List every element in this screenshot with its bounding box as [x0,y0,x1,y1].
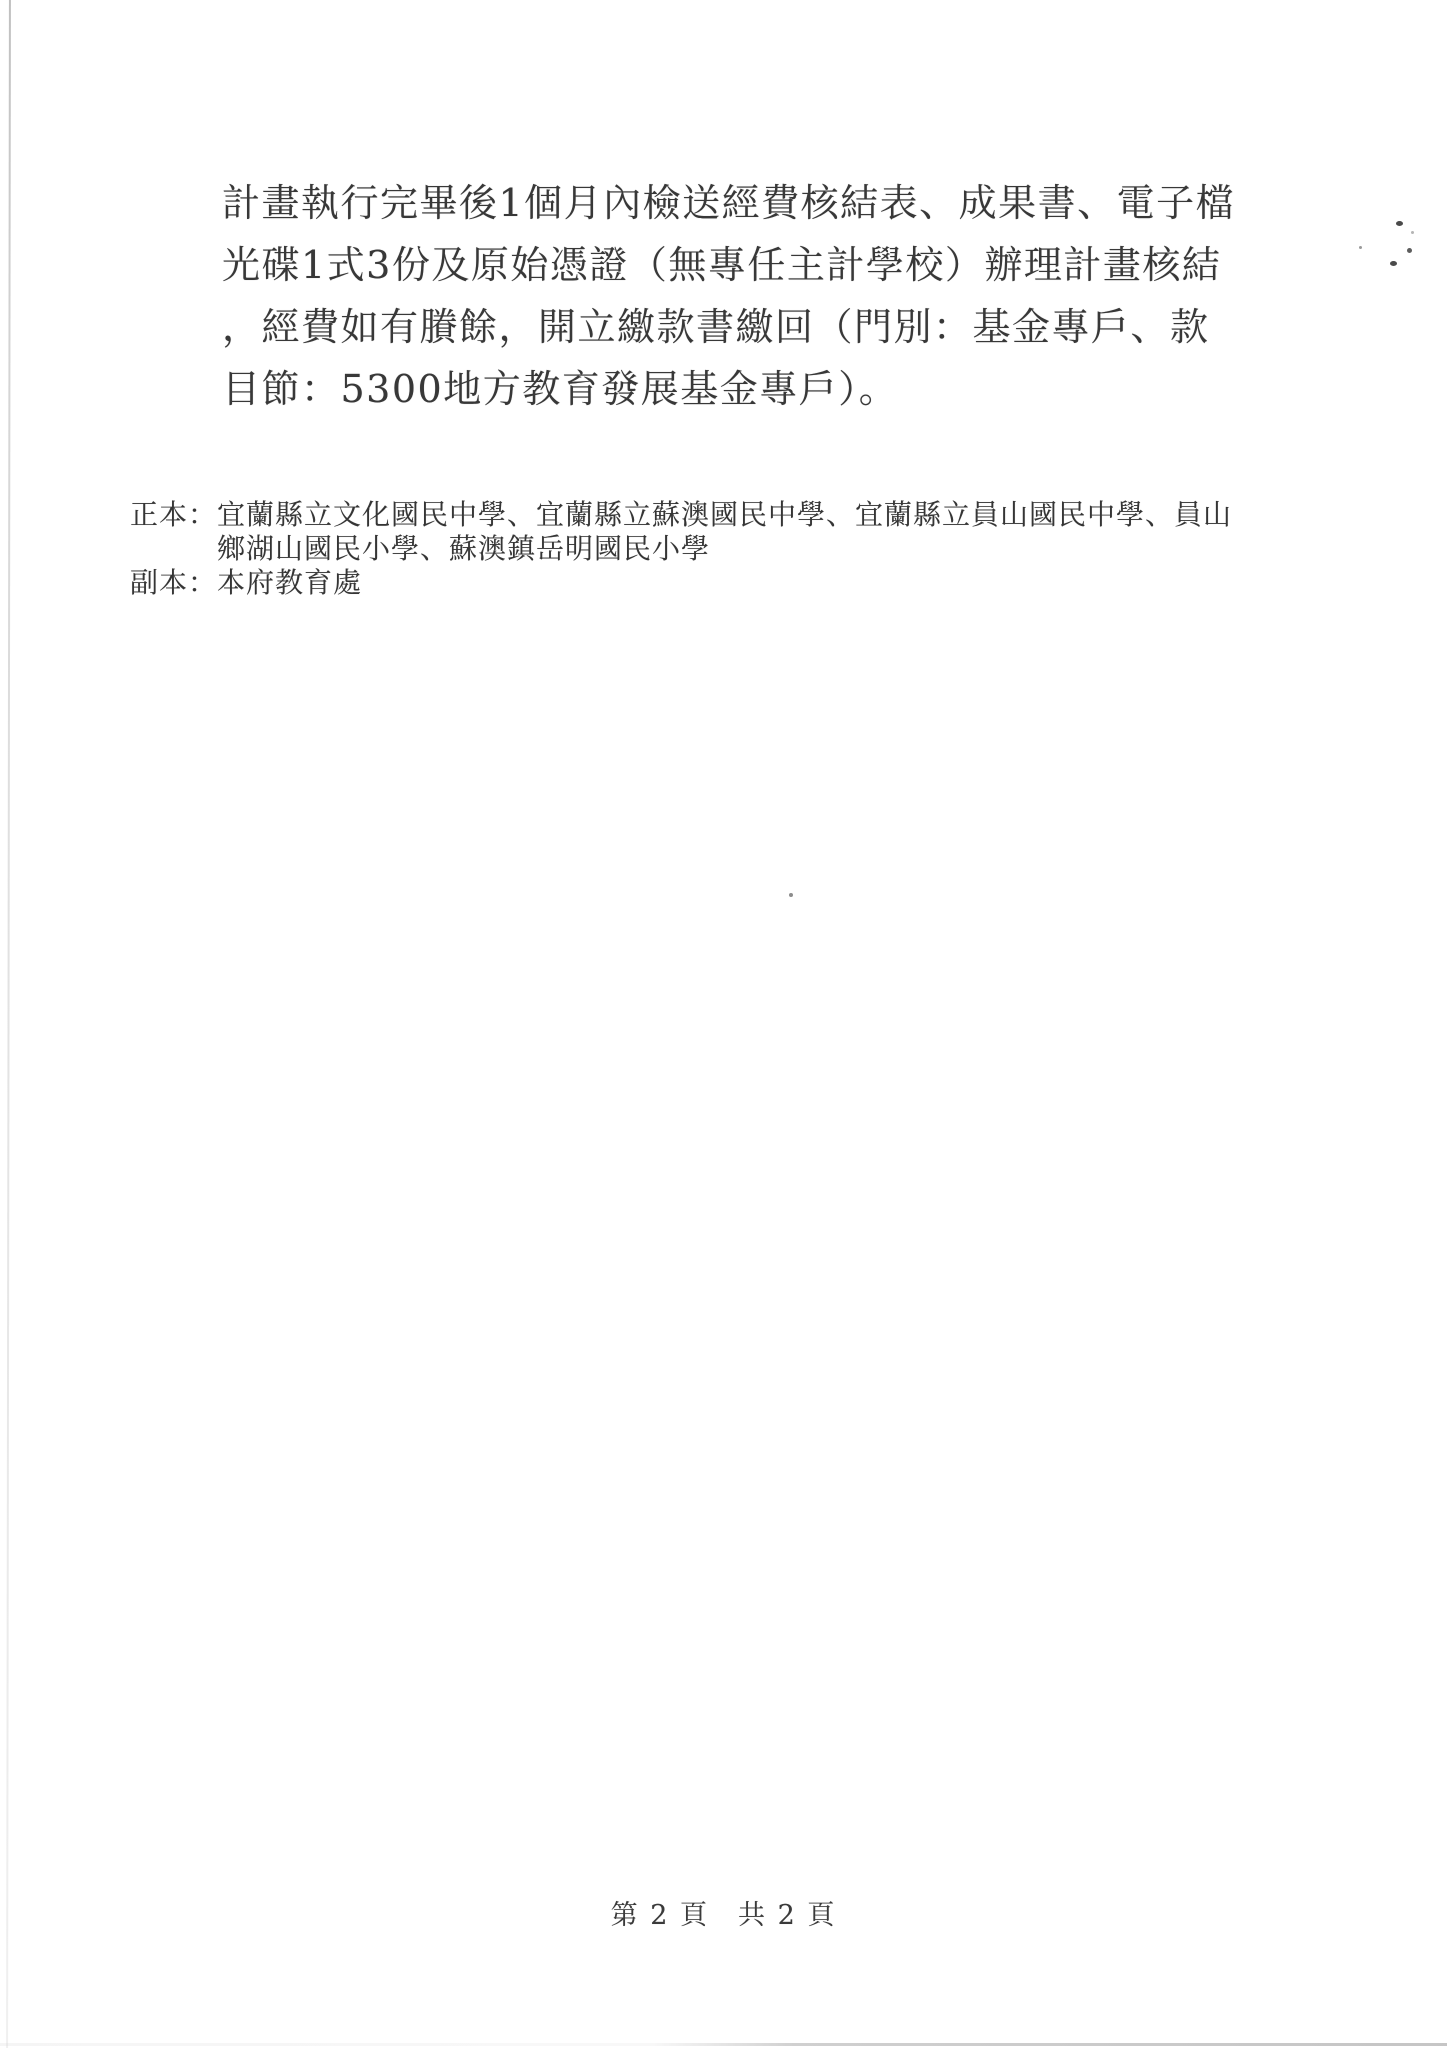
scan-speck [1390,261,1397,266]
paragraph-line: 計畫執行完畢後1個月內檢送經費核結表、成果書、電子檔 [222,172,1282,234]
recipients-block: 正本： 宜蘭縣立文化國民中學、宜蘭縣立蘇澳國民中學、宜蘭縣立員山國民中學、員山 … [130,498,1330,600]
original-recipients-row: 正本： 宜蘭縣立文化國民中學、宜蘭縣立蘇澳國民中學、宜蘭縣立員山國民中學、員山 … [130,498,1330,566]
copy-recipients-label: 副本： [130,566,217,600]
body-paragraph: 計畫執行完畢後1個月內檢送經費核結表、成果書、電子檔 光碟1式3份及原始憑證（無… [222,172,1282,420]
original-recipients-value: 宜蘭縣立文化國民中學、宜蘭縣立蘇澳國民中學、宜蘭縣立員山國民中學、員山 鄉湖山國… [217,498,1330,566]
scan-speck [1396,221,1403,226]
scan-speck [789,893,793,897]
original-recipients-label: 正本： [130,498,217,532]
original-recipients-line: 宜蘭縣立文化國民中學、宜蘭縣立蘇澳國民中學、宜蘭縣立員山國民中學、員山 [217,498,1330,532]
original-recipients-line: 鄉湖山國民小學、蘇澳鎮岳明國民小學 [217,532,1330,566]
scan-speck [1411,231,1414,234]
scan-speck [1359,246,1362,249]
paragraph-line: 目節：5300地方教育發展基金專戶）。 [222,358,1282,420]
scan-edge-artifact-left [6,0,11,2048]
scan-speck [1407,248,1412,253]
scan-edge-artifact-bottom [0,2043,1447,2046]
document-page: 計畫執行完畢後1個月內檢送經費核結表、成果書、電子檔 光碟1式3份及原始憑證（無… [0,0,1447,2048]
paragraph-line: 光碟1式3份及原始憑證（無專任主計學校）辦理計畫核結 [222,234,1282,296]
copy-recipients-row: 副本： 本府教育處 [130,566,1330,600]
paragraph-line: ，經費如有賸餘，開立繳款書繳回（門別：基金專戶、款 [222,296,1282,358]
page-number-indicator: 第 2 頁 共 2 頁 [0,1893,1447,1932]
copy-recipients-value: 本府教育處 [217,566,1330,600]
